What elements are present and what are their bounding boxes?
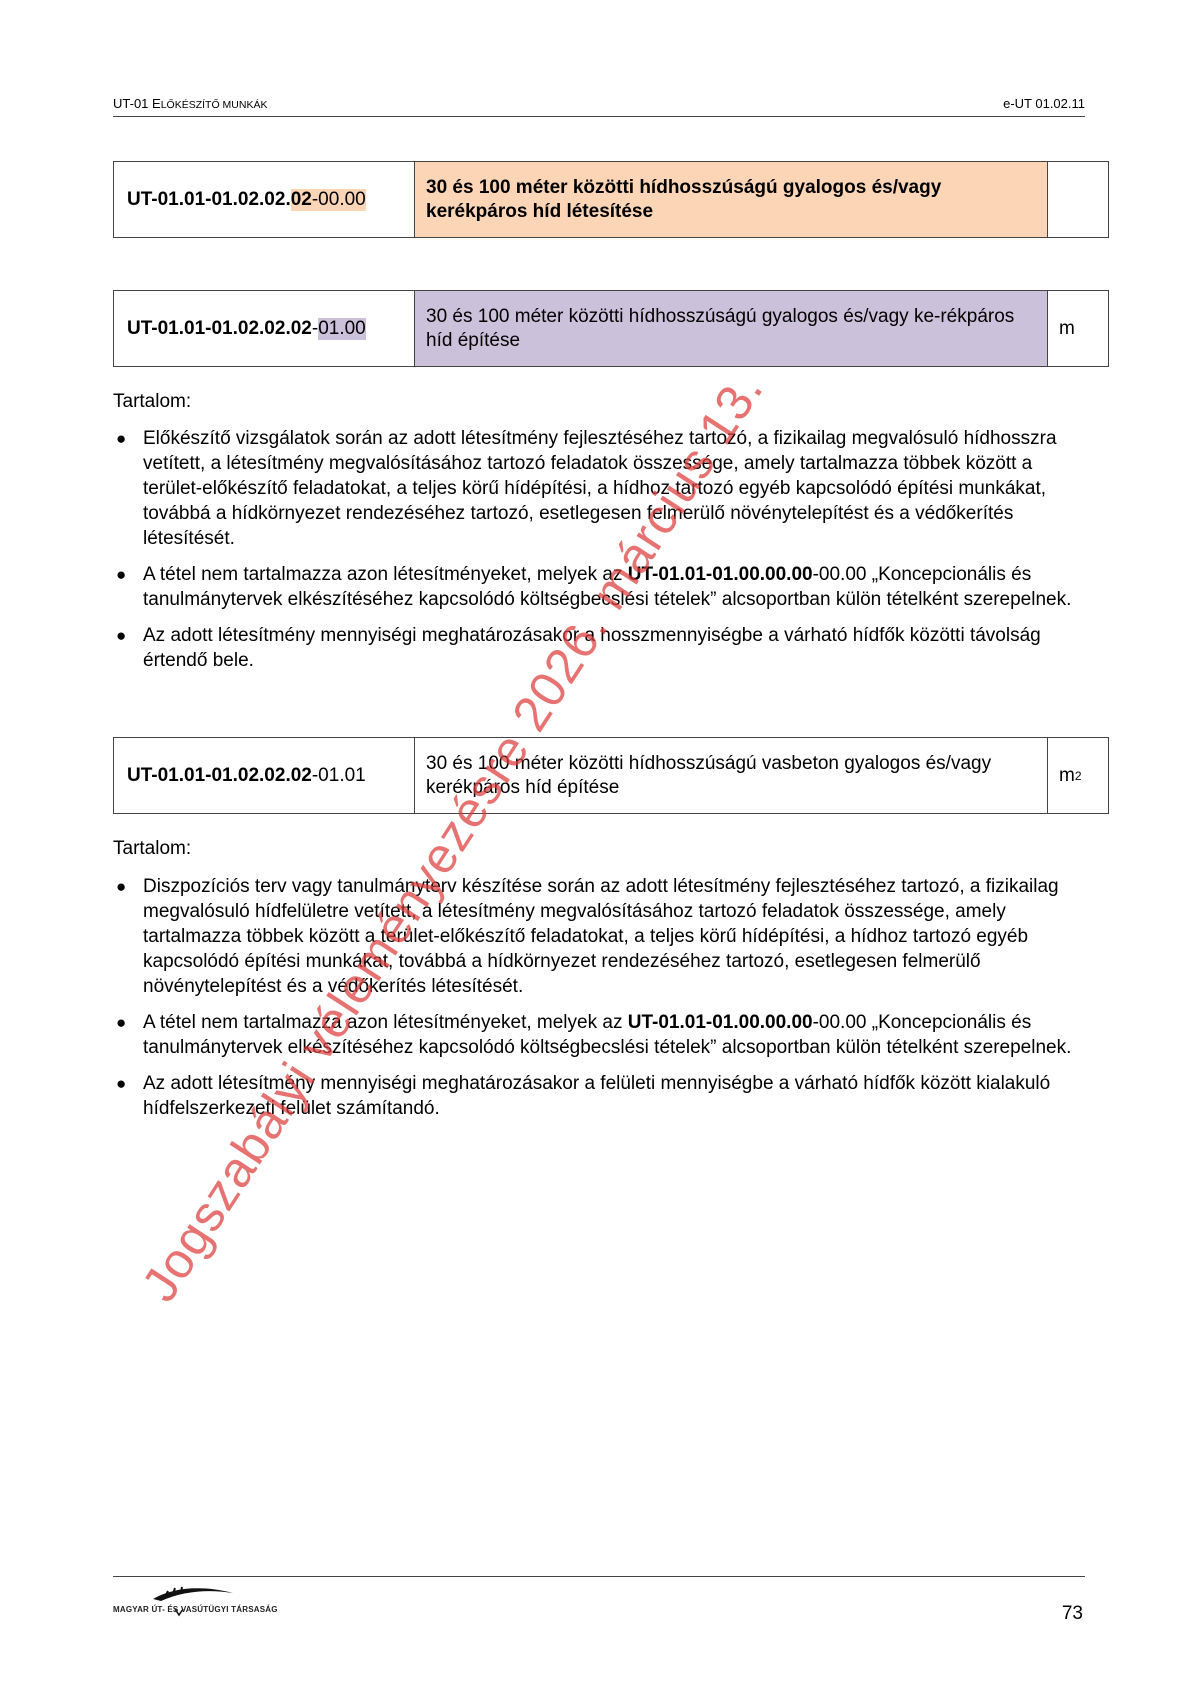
item-code: UT-01.01-01.02.02.02-01.01: [114, 738, 415, 813]
logo-text: MAGYAR ÚT- ÉS VASÚTÜGYI TÁRSASÁG: [113, 1605, 278, 1614]
page-number: 73: [1062, 1603, 1083, 1625]
bullet-icon: ●: [116, 874, 126, 899]
item-code: UT-01.01-01.02.02.02-01.00: [114, 291, 415, 366]
item-code: UT-01.01-01.02.02.02-00.00: [114, 162, 415, 237]
list-item: ●Diszpozíciós terv vagy tanulmányterv ké…: [113, 874, 1093, 999]
item-table-sub-1: UT-01.01-01.02.02.02-01.00 30 és 100 mét…: [113, 290, 1109, 367]
list-item: ●Az adott létesítmény mennyiségi meghatá…: [113, 623, 1093, 673]
bullet-icon: ●: [116, 426, 126, 451]
item-table-sub-2: UT-01.01-01.02.02.02-01.01 30 és 100 mét…: [113, 737, 1109, 814]
bullet-icon: ●: [116, 623, 126, 648]
item-unit: m2: [1048, 738, 1108, 813]
item-description: 30 és 100 méter közötti hídhosszúságú gy…: [415, 291, 1048, 366]
running-header: UT-01 ELŐKÉSZÍTŐ MUNKÁK e-UT 01.02.11: [113, 92, 1085, 117]
item-unit: [1048, 162, 1108, 237]
list-item: ●Az adott létesítmény mennyiségi meghatá…: [113, 1071, 1093, 1121]
chapter-title: UT-01 ELŐKÉSZÍTŐ MUNKÁK: [113, 96, 267, 111]
content-label: Tartalom:: [113, 838, 191, 860]
list-item: ●A tétel nem tartalmazza azon létesítmén…: [113, 1010, 1093, 1060]
item-description: 30 és 100 méter közötti hídhosszúságú gy…: [415, 162, 1048, 237]
item-description: 30 és 100 méter közötti hídhosszúságú va…: [415, 738, 1048, 813]
document-code: e-UT 01.02.11: [1003, 96, 1085, 111]
content-list: ●Előkészítő vizsgálatok során az adott l…: [113, 426, 1093, 684]
content-label: Tartalom:: [113, 391, 191, 413]
document-page: UT-01 ELŐKÉSZÍTŐ MUNKÁK e-UT 01.02.11 UT…: [0, 0, 1191, 1684]
page-footer: MAGYAR ÚT- ÉS VASÚTÜGYI TÁRSASÁG 73: [113, 1576, 1085, 1637]
item-unit: m: [1048, 291, 1108, 366]
content-list: ●Diszpozíciós terv vagy tanulmányterv ké…: [113, 874, 1093, 1132]
bullet-icon: ●: [116, 1071, 126, 1096]
society-logo: MAGYAR ÚT- ÉS VASÚTÜGYI TÁRSASÁG: [113, 1585, 273, 1625]
list-item: ●A tétel nem tartalmazza azon létesítmén…: [113, 562, 1093, 612]
item-table-main: UT-01.01-01.02.02.02-00.00 30 és 100 mét…: [113, 161, 1109, 238]
bullet-icon: ●: [116, 562, 126, 587]
list-item: ●Előkészítő vizsgálatok során az adott l…: [113, 426, 1093, 551]
bullet-icon: ●: [116, 1010, 126, 1035]
